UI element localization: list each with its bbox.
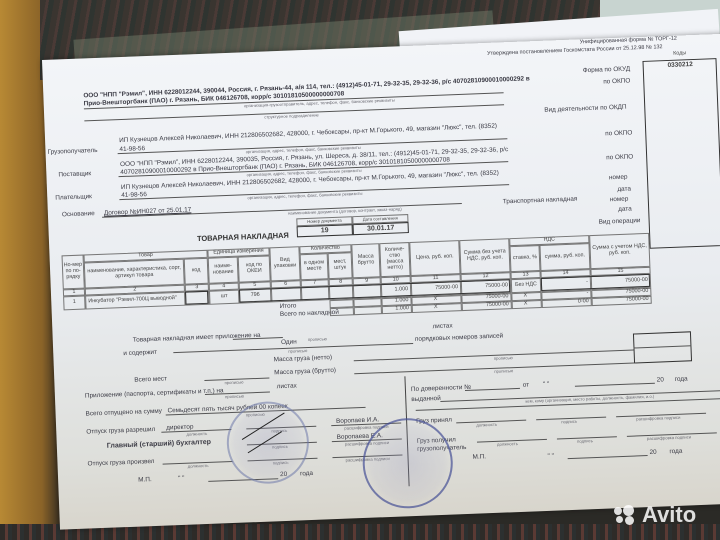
mp-label-right: М.П.	[472, 453, 486, 461]
header-price: Цена, руб. коп.	[409, 240, 460, 276]
sheets-label: листах	[432, 322, 452, 330]
contains-label: и содержит	[123, 349, 157, 357]
avito-brand: Avito	[642, 502, 696, 528]
proxy-from-label: от	[523, 382, 530, 389]
header-goods-name: наименование, характеристика, сорт, арти…	[84, 259, 185, 289]
header-goods-code: код	[184, 258, 209, 285]
proxy-year-suffix: года	[675, 375, 688, 382]
grand-total-net: 1.000	[382, 305, 412, 314]
header-sum-novat: Сумма без учета НДС, руб. коп.	[459, 238, 510, 274]
proxy-date-quotes: " "	[543, 381, 550, 388]
header-gross: Масса брутто	[351, 243, 380, 278]
okdp-label: Вид деятельности по ОКДП	[544, 104, 627, 114]
supplier-stamp	[225, 400, 310, 485]
total-released-label: Всего отпущено на сумму	[85, 408, 162, 418]
year-prefix-right: 20	[649, 449, 656, 456]
avito-dots-icon	[614, 505, 638, 525]
attachment-label: Приложение (паспорта, сертификаты и т.п.…	[85, 387, 224, 399]
position-caption-1: должность	[186, 431, 207, 437]
received-position-caption: должность	[497, 441, 518, 447]
date-quotes-right: " "	[547, 453, 554, 460]
grand-total-sum_vat: 75000-00	[592, 296, 652, 306]
header-pack: Вид упаковки	[269, 246, 300, 281]
accepted-signature-caption: подпись	[561, 419, 577, 425]
codes-frame	[642, 58, 720, 249]
table-row-vat_rate: Без НДС	[511, 278, 542, 293]
supplier-label: Поставщик	[58, 170, 91, 178]
highlight-box	[185, 291, 208, 305]
received-decoding-caption: расшифровка подписи	[647, 434, 691, 441]
basis-label: Основание	[62, 210, 95, 218]
grand_total-gross	[354, 306, 382, 315]
table-row-unit: шт	[209, 290, 240, 305]
received-signature-caption: подпись	[577, 438, 593, 444]
gross-mass-caption: прописью	[494, 368, 513, 374]
net-mass-caption: прописью	[494, 355, 513, 361]
doc-date: 30.01.17	[353, 222, 409, 235]
grand-total-sum_novat: 75000-00	[462, 301, 512, 311]
transport-number-label-2: номер	[610, 196, 629, 204]
header-num: Но-мер по по-рядку	[62, 255, 85, 290]
gross-mass-label: Масса груза (брутто)	[274, 367, 336, 376]
header-net: Количе-ство (масса нетто)	[379, 242, 410, 277]
total-label: Итого	[280, 302, 297, 310]
release-allowed-label: Отпуск груза разрешил	[86, 426, 155, 436]
released-by-label: Отпуск груза произвел	[87, 458, 154, 468]
document-title: ТОВАРНАЯ НАКЛАДНАЯ	[197, 231, 289, 244]
grand-total-price: Х	[412, 303, 462, 313]
grand_total-places	[330, 307, 354, 316]
transport-waybill-label: Транспортная накладная	[503, 196, 578, 206]
proxy-label: По доверенности №	[411, 384, 471, 393]
places-total-label: Всего мест	[134, 375, 167, 383]
okpo-label-2: по ОКПО	[605, 129, 632, 137]
transport-date-label: дата	[617, 185, 631, 193]
contains-caption: прописью	[288, 348, 307, 354]
okpo-label-3: по ОКПО	[606, 153, 633, 161]
net-mass-label: Масса груза (нетто)	[274, 354, 333, 363]
grand-total-vat_rate: Х	[512, 300, 542, 309]
consignee-stamp	[361, 417, 454, 510]
okpo-label-1: по ОКПО	[603, 77, 630, 85]
header-unit-okei: код по ОКЕИ	[238, 255, 271, 282]
places-caption: прописью	[224, 380, 243, 386]
header-vat-rate: ставка, %	[509, 245, 540, 272]
table-row-num: 1	[63, 296, 86, 311]
consignee-label: Грузополучатель	[47, 147, 97, 156]
table-row-name: Инкубатор "Рэмил-700Ц выводной"	[85, 292, 185, 310]
payer-label: Плательщик	[55, 193, 92, 201]
sheets-label-2: листах	[277, 382, 297, 390]
attachment-caption: прописью	[225, 393, 244, 399]
position-caption-2: должность	[188, 463, 209, 469]
operation-label: Вид операции	[599, 217, 641, 226]
transport-date-label-2: дата	[618, 205, 632, 213]
waybill-document: Унифицированная форма № ТОРГ-12 Утвержде…	[42, 33, 720, 530]
year-suffix-left: года	[300, 470, 313, 477]
year-suffix-right: года	[669, 448, 682, 455]
header-qty-places: мест, штук	[328, 252, 353, 279]
grand-total-vat_sum: 0-00	[542, 298, 592, 308]
transport-number-label: номер	[609, 174, 628, 182]
avito-watermark: Avito	[614, 502, 696, 528]
accepted-decoding-caption: расшифровка подписи	[636, 415, 680, 422]
header-unit-name: наиме-нование	[208, 257, 239, 284]
header-sum-vat: Сумма с учетом НДС, руб. коп.	[589, 233, 650, 269]
payer-caption: организация, адрес, телефон, факс, банко…	[247, 191, 362, 200]
date-quotes-left: " "	[178, 475, 185, 482]
chief-accountant-label: Главный (старший) бухгалтер	[107, 439, 211, 450]
okud-label: Форма по ОКУД	[583, 65, 631, 74]
accepted-position-caption: должность	[476, 422, 497, 428]
header-qty-in-place: в одном месте	[300, 253, 329, 280]
doc-number: 19	[297, 224, 353, 237]
mp-label-left: М.П.	[138, 476, 152, 484]
approved-label: Утверждена постановлением Госкомстата Ро…	[487, 44, 663, 57]
issued-label: выданной	[411, 395, 441, 403]
appendix-caption: прописью	[308, 336, 327, 342]
division-caption: структурное подразделение	[264, 112, 319, 119]
proxy-year-prefix: 20	[657, 376, 664, 383]
contains-value: Один	[281, 338, 297, 346]
header-vat-sum: сумма, руб. коп.	[539, 243, 590, 271]
